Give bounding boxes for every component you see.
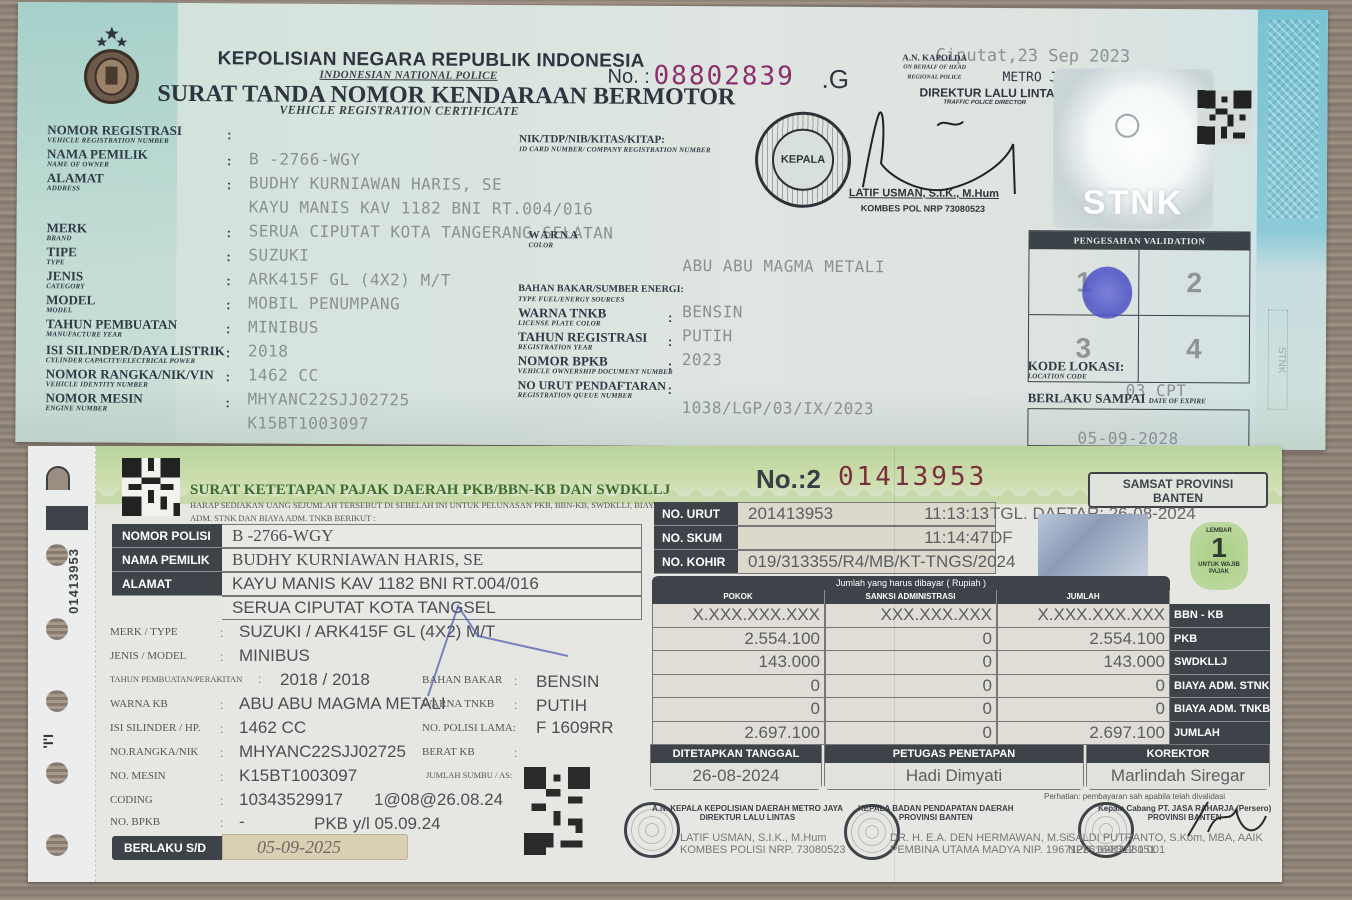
payment-table: Jumlah yang harus dibayar ( Rupiah ) POK…: [652, 576, 1272, 745]
fold-line: [894, 446, 895, 882]
colon: :: [220, 816, 223, 830]
samsat-line-1: SAMSAT PROVINSI: [1090, 477, 1266, 491]
lembar-bottom: UNTUK WAJIB PAJAK: [1190, 562, 1248, 576]
registration-label: NO. URUT: [654, 502, 738, 526]
police-crest-icon: [67, 24, 155, 105]
identity-value: KAYU MANIS KAV 1182 BNI RT.004/016: [222, 572, 642, 596]
detail-label-no-mesin: NO. MESIN: [110, 770, 166, 782]
label-tipe: TIPETYPE: [46, 246, 76, 266]
col-pokok: POKOK: [652, 590, 825, 604]
colon: :: [220, 746, 223, 760]
detail-label-warna-kb: WARNA KB: [110, 698, 168, 710]
value-isi-silinder: 1462 CC: [248, 365, 319, 384]
identity-value: B -2766-WGY: [222, 524, 642, 548]
value-jenis: MOBIL PENUMPANG: [248, 293, 400, 313]
berlaku-sd-value: 05-09-2025: [222, 834, 408, 860]
payment-row: X.XXX.XXX.XXXXXX.XXX.XXXX.XXX.XXX.XXXBBN…: [652, 604, 1272, 628]
hologram-ring: [1115, 114, 1139, 138]
payment-cell-sanksi: 0: [825, 698, 997, 722]
on-behalf-text-en: ON BEHALF OF HEAD REGIONAL POLICE: [890, 62, 980, 83]
df-label: DF: [990, 528, 1013, 548]
skpd-no-label: No.:2: [756, 464, 821, 495]
identity-row: NAMA PEMILIK BUDHY KURNIAWAN HARIS, SE: [112, 548, 642, 572]
detail-no-bpkb: -: [239, 812, 245, 832]
assessment-value: 26-08-2024: [651, 763, 821, 789]
officer-name: LATIF USMAN, S.I.K., M.Hum: [849, 187, 999, 200]
pen-mark-icon: [308, 596, 608, 706]
qr-code-icon: [122, 458, 180, 516]
perforation-mark: [46, 506, 88, 530]
perforation-hole: [46, 834, 68, 856]
samsat-line-2: BANTEN: [1090, 491, 1266, 505]
payment-cell-jumlah: 2.554.100: [997, 628, 1170, 652]
identity-row: ALAMAT KAYU MANIS KAV 1182 BNI RT.004/01…: [112, 572, 642, 596]
colon: :: [226, 273, 230, 288]
colon: :: [227, 127, 231, 142]
value-tahun-registrasi: 2023: [682, 350, 723, 369]
assessment-value: Hadi Dimyati: [825, 763, 1083, 789]
registration-row: NO. KOHIR 019/313355/R4/MB/KT-TNGS/2024: [654, 550, 996, 574]
certificate-no-suffix: .G: [821, 64, 849, 95]
hologram-sticker: [1038, 514, 1148, 576]
assessment-col: KOREKTOR Marlindah Siregar: [1086, 744, 1270, 790]
label-berlaku-sampai: BERLAKU SAMPAI DATE OF EXPIRE: [1028, 392, 1206, 407]
label-nama-pemilik: NAMA PEMILIKNAME OF OWNER: [47, 148, 148, 169]
skpd-tax-notice: 01413953 'I'I SURAT KETETAPAN PAJAK DAER…: [28, 446, 1282, 882]
colon: :: [226, 395, 230, 410]
label-nomor-bpkb: NOMOR BPKBVEHICLE OWNERSHIP DOCUMENT NUM…: [518, 355, 673, 376]
payment-row-label: PKB: [1170, 628, 1270, 652]
colon: :: [227, 153, 231, 168]
detail-isi-silinder: 1462 CC: [239, 718, 306, 738]
value-no-urut: 1038/LGP/03/IX/2023: [681, 398, 874, 418]
label-tahun-pembuatan: TAHUN PEMBUATANMANUFACTURE YEAR: [46, 318, 177, 339]
detail-label-isi-silinder: ISI SILINDER / HP.: [110, 722, 200, 734]
assessment-col: DITETAPKAN TANGGAL 26-08-2024: [650, 744, 822, 790]
colon: :: [258, 672, 261, 686]
detail-label-no-bpkb: NO. BPKB: [110, 816, 160, 828]
stnk-hologram: STNK: [1053, 68, 1214, 229]
security-pattern: [1267, 20, 1320, 220]
value-warna-tnkb: PUTIH: [682, 326, 733, 345]
official-stamp: KEPALA: [755, 112, 852, 209]
assessment-label: PETUGAS PENETAPAN: [825, 745, 1083, 763]
perforation-tab: [46, 466, 70, 490]
value-warna: ABU ABU MAGMA METALI: [682, 256, 885, 276]
label-merk: MERKBRAND: [47, 222, 88, 242]
colon: :: [668, 310, 672, 325]
payment-row: 000BIAYA ADM. STNK: [652, 675, 1272, 699]
skpd-no-value: 01413953: [838, 462, 987, 492]
signatory-police-name: LATIF USMAN, S.I.K., M.HumKOMBES POLISI …: [680, 832, 846, 856]
label-tahun-registrasi: TAHUN REGISTRASIREGISTRATION YEAR: [518, 331, 648, 352]
detail-label-merk-type: MERK / TYPE: [110, 626, 178, 638]
detail-jenis-model: MINIBUS: [239, 646, 310, 666]
on-behalf-label: A.N. KAPOLDA ON BEHALF OF HEAD REGIONAL …: [890, 52, 980, 83]
payment-cell-pokok: 0: [652, 675, 825, 699]
label-nomor-mesin: NOMOR MESINENGINE NUMBER: [45, 392, 142, 413]
detail-label-jenis-model: JENIS / MODEL: [110, 650, 186, 662]
payment-cell-sanksi: 0: [825, 675, 997, 699]
value-nomor-rangka: MHYANC22SJJ02725: [248, 389, 410, 409]
detail-label-berat-kb: BERAT KB: [422, 746, 475, 758]
skpd-note: HARAP SEDIAKAN UANG SEJUMLAH TERSEBUT DI…: [190, 499, 660, 525]
value-tipe: ARK415F GL (4X2) M/T: [248, 269, 451, 289]
colon: :: [220, 650, 223, 664]
officer-nrp: KOMBES POL NRP 73080523: [861, 203, 985, 214]
colon: :: [226, 369, 230, 384]
label-nomor-rangka: NOMOR RANGKA/NIK/VINVEHICLE IDENTITY NUM…: [46, 368, 214, 389]
detail-no-rangka: MHYANC22SJJ02725: [239, 742, 406, 762]
value-nama-pemilik: BUDHY KURNIAWAN HARIS, SE: [249, 173, 502, 194]
colon: :: [668, 334, 672, 349]
label-model: MODELMODEL: [46, 294, 95, 314]
colon: :: [220, 722, 223, 736]
detail-label-jumlah-sumbu: JUMLAH SUMBU / AS:: [426, 770, 512, 780]
payment-cell-sanksi: 0: [825, 628, 997, 652]
assessment-label: DITETAPKAN TANGGAL: [651, 745, 821, 763]
samsat-badge: SAMSAT PROVINSI BANTEN: [1088, 472, 1268, 508]
validation-header: PENGESAHAN VALIDATION: [1030, 231, 1250, 250]
registration-value: 11:14:47: [738, 526, 996, 550]
value-nomor-registrasi: B -2766-WGY: [249, 149, 361, 169]
label-jenis: JENISCATEGORY: [46, 270, 85, 290]
payment-row: 143.0000143.000SWDKLLJ: [652, 651, 1272, 675]
value-tahun-pembuatan: 2018: [248, 341, 289, 360]
label-nik: NIK/TDP/NIB/KITAS/KITAP:ID CARD NUMBER/ …: [519, 133, 711, 154]
payment-cell-pokok: 0: [652, 698, 825, 722]
registration-label: NO. SKUM: [654, 526, 738, 550]
assessment-col: PETUGAS PENETAPAN Hadi Dimyati: [824, 744, 1084, 790]
colon: :: [220, 770, 223, 784]
institution-name-en: INDONESIAN NATIONAL POLICE: [320, 69, 498, 82]
payment-row-label: BIAYA ADM. TNKB: [1170, 698, 1270, 722]
colon: :: [220, 698, 223, 712]
payment-row-label: BIAYA ADM. STNK: [1170, 675, 1270, 699]
colon: :: [226, 249, 230, 264]
berlaku-sd-label: BERLAKU S/D: [112, 836, 222, 860]
detail-no-polisi-lama: F 1609RR: [536, 718, 613, 738]
detail-no-mesin: K15BT1003097: [239, 766, 357, 786]
on-behalf-text: A.N. KAPOLDA: [890, 52, 980, 63]
assessment-label: KOREKTOR: [1087, 745, 1269, 763]
label-warna-tnkb: WARNA TNKBLICENSE PLATE COLOR: [518, 307, 606, 328]
payment-row-label: JUMLAH: [1170, 722, 1270, 746]
col-sanksi: SANKSI ADMINISTRASI: [825, 590, 997, 604]
perforation-hole: [46, 618, 68, 640]
registration-row: NO. SKUM 11:14:47: [654, 526, 996, 550]
payment-cell-sanksi: XXX.XXX.XXX: [825, 604, 997, 628]
payment-cell-jumlah: 2.697.100: [997, 722, 1170, 746]
colon: :: [227, 225, 231, 240]
label-alamat: ALAMATADDRESS: [47, 172, 104, 192]
payment-cell-jumlah: 0: [997, 698, 1170, 722]
signatory-police: A.N. KEPALA KEPOLISIAN DAERAH METRO JAYA…: [652, 804, 843, 822]
identity-label: [112, 596, 222, 620]
col-jumlah: JUMLAH: [997, 590, 1170, 604]
identity-label: NOMOR POLISI: [112, 524, 222, 548]
registration-value: 019/313355/R4/MB/KT-TNGS/2024: [738, 550, 996, 574]
certificate-no-value: 08802839: [653, 61, 794, 92]
qr-code-icon: [524, 766, 590, 856]
colon: :: [226, 297, 230, 312]
registration-label: NO. KOHIR: [654, 550, 738, 574]
perforation-hole: [46, 544, 68, 566]
payment-cell-jumlah: X.XXX.XXX.XXX: [997, 604, 1170, 628]
payment-cell-pokok: 2.697.100: [652, 722, 825, 746]
detail-label-no-rangka: NO.RANGKA/NIK: [110, 746, 198, 758]
payment-row-label: SWDKLLJ: [1170, 651, 1270, 675]
colon: :: [668, 382, 672, 397]
detail-coding-extra: 1@08@26.08.24: [374, 790, 503, 810]
certificate-title-en: VEHICLE REGISTRATION CERTIFICATE: [279, 103, 519, 119]
signatory-bapenda: KEPALA BADAN PENDAPATAN DAERAHPROVINSI B…: [858, 804, 1014, 822]
payment-row: 2.554.10002.554.100PKB: [652, 628, 1272, 652]
perforation-number: 01413953: [66, 548, 81, 614]
payment-cell-sanksi: 0: [825, 722, 997, 746]
stnk-certificate: KEPOLISIAN NEGARA REPUBLIK INDONESIA IND…: [15, 2, 1328, 450]
identity-value: BUDHY KURNIAWAN HARIS, SE: [222, 548, 642, 572]
payment-row: 000BIAYA ADM. TNKB: [652, 698, 1272, 722]
detail-coding: 10343529917: [239, 790, 343, 810]
colon: :: [220, 626, 223, 640]
registration-row: NO. URUT 20141395311:13:13: [654, 502, 996, 526]
pkb-note: PKB y/l 05.09.24: [314, 814, 441, 834]
label-isi-silinder: ISI SILINDER/DAYA LISTRIKCYLINDER CAPACI…: [46, 344, 225, 365]
colon: :: [227, 177, 231, 192]
payment-cell-pokok: 143.000: [652, 651, 825, 675]
label-warna: WARNACOLOR: [528, 229, 580, 249]
registration-table: NO. URUT 20141395311:13:13 NO. SKUM 11:1…: [654, 502, 996, 574]
signature-icon: [1178, 796, 1278, 846]
label-no-urut: NO URUT PENDAFTARANREGISTRATION QUEUE NU…: [518, 379, 666, 400]
colon: :: [226, 321, 230, 336]
colon: :: [668, 358, 672, 373]
assessment-value: Marlindah Siregar: [1087, 763, 1269, 789]
colon: :: [514, 746, 517, 760]
value-bahan-bakar: BENSIN: [682, 302, 743, 321]
label-bahan-bakar: BAHAN BAKAR/SUMBER ENERGI:TYPE FUEL/ENER…: [518, 283, 684, 304]
validation-cell-4: 4: [1139, 316, 1249, 383]
colon: :: [220, 794, 223, 808]
assessment-table: DITETAPKAN TANGGAL 26-08-2024 PETUGAS PE…: [650, 744, 1272, 790]
lembar-number: 1: [1190, 534, 1248, 562]
validation-stamp-icon: [1082, 267, 1132, 319]
detail-label-coding: CODING: [110, 794, 153, 806]
payment-cell-pokok: 2.554.100: [652, 628, 825, 652]
identity-label: NAMA PEMILIK: [112, 548, 222, 572]
registration-value: 20141395311:13:13: [738, 502, 996, 526]
label-kode-lokasi: KODE LOKASI:LOCATION CODE: [1028, 360, 1125, 381]
perforation-hole: [46, 762, 68, 784]
perforation-hole: [46, 690, 68, 712]
payment-cell-pokok: X.XXX.XXX.XXX: [652, 604, 825, 628]
payment-row: 2.697.10002.697.100JUMLAH: [652, 722, 1272, 746]
perforation-strip: 01413953 'I'I: [28, 446, 96, 882]
hologram-text: STNK: [1083, 184, 1184, 224]
value-merk: SUZUKI: [248, 245, 309, 264]
payment-cell-jumlah: 143.000: [997, 651, 1170, 675]
stamp-text: KEPALA: [772, 129, 834, 191]
value-alamat-1: KAYU MANIS KAV 1182 BNI RT.004/016: [249, 197, 594, 218]
certificate-no-label: No. :: [607, 66, 649, 89]
value-nomor-mesin: K15BT1003097: [247, 413, 369, 433]
detail-label-tahun: TAHUN PEMBUATAN/PERAKITAN: [110, 674, 242, 684]
issuer-position: DIREKTUR LALU LINTAS: [919, 86, 1062, 101]
payment-row-label: BBN - KB: [1170, 604, 1270, 628]
identity-label: ALAMAT: [112, 572, 222, 596]
label-nomor-registrasi: NOMOR REGISTRASIVEHICLE REGISTRATION NUM…: [47, 124, 182, 145]
value-model: MINIBUS: [248, 317, 319, 336]
perforation-tick: 'I'I: [40, 734, 56, 748]
validation-cell-2: 2: [1139, 250, 1249, 317]
identity-row: NOMOR POLISI B -2766-WGY: [112, 524, 642, 548]
payment-title: Jumlah yang harus dibayar ( Rupiah ): [652, 576, 1170, 590]
skpd-title: SURAT KETETAPAN PAJAK DAERAH PKB/BBN-KB …: [190, 482, 670, 499]
payment-cell-jumlah: 0: [997, 675, 1170, 699]
qr-code-icon: [1197, 89, 1251, 145]
payment-header: POKOK SANKSI ADMINISTRASI JUMLAH: [652, 590, 1272, 604]
detail-label-no-polisi-lama: NO. POLISI LAMA:: [422, 722, 516, 734]
side-mark: STNK: [1268, 310, 1289, 410]
payment-cell-sanksi: 0: [825, 651, 997, 675]
colon: :: [226, 345, 230, 360]
